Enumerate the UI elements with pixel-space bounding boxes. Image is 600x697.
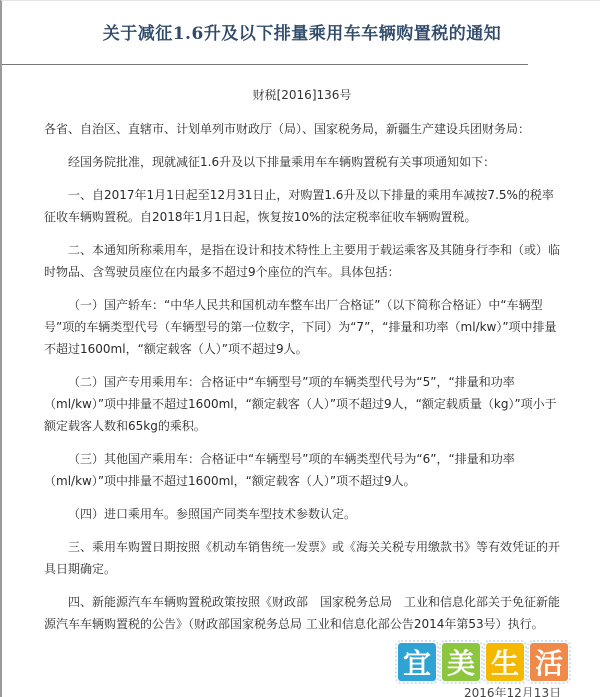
document-number: 财税[2016]136号 bbox=[2, 86, 600, 103]
document-title: 关于减征1.6升及以下排量乘用车车辆购置税的通知 bbox=[2, 19, 600, 44]
watermark-tile-2: 美 bbox=[442, 643, 480, 681]
paragraph-2-2: （二）国产专用乘用车：合格证中“车辆型号”项的车辆类型代号为“5”，“排量和功率… bbox=[44, 371, 564, 437]
paragraph-intro: 经国务院批准，现就减征1.6升及以下排量乘用车车辆购置税有关事项通知如下： bbox=[44, 151, 564, 173]
watermark-tile-3: 生 bbox=[486, 643, 524, 681]
watermark-tile-4: 活 bbox=[530, 643, 568, 681]
paragraph-3: 三、乘用车购置日期按照《机动车销售统一发票》或《海关关税专用缴款书》等有效凭证的… bbox=[44, 536, 564, 580]
paragraph-1: 一、自2017年1月1日起至12月31日止，对购置1.6升及以下排量的乘用车减按… bbox=[44, 184, 564, 228]
addressee: 各省、自治区、直辖市、计划单列市财政厅（局）、国家税务局，新疆生产建设兵团财务局… bbox=[44, 118, 564, 140]
watermark-logo: 宜 美 生 活 bbox=[398, 643, 568, 681]
paragraph-2: 二、本通知所称乘用车，是指在设计和技术特性上主要用于载运乘客及其随身行李和（或）… bbox=[44, 239, 564, 283]
document-page: 关于减征1.6升及以下排量乘用车车辆购置税的通知 财税[2016]136号 各省… bbox=[0, 0, 600, 697]
watermark-tile-1: 宜 bbox=[398, 643, 436, 681]
paragraph-2-1: （一）国产轿车：“中华人民共和国机动车整车出厂合格证”（以下简称合格证）中“车辆… bbox=[44, 294, 564, 360]
title-divider bbox=[2, 64, 528, 65]
document-date: 2016年12月13日 bbox=[464, 684, 561, 697]
paragraph-4: 四、新能源汽车车辆购置税政策按照《财政部 国家税务总局 工业和信息化部关于免征新… bbox=[44, 591, 564, 635]
paragraph-2-3: （三）其他国产乘用车：合格证中“车辆型号”项的车辆类型代号为“6”，“排量和功率… bbox=[44, 448, 564, 492]
paragraph-2-4: （四）进口乘用车。参照国产同类车型技术参数认定。 bbox=[44, 503, 564, 525]
